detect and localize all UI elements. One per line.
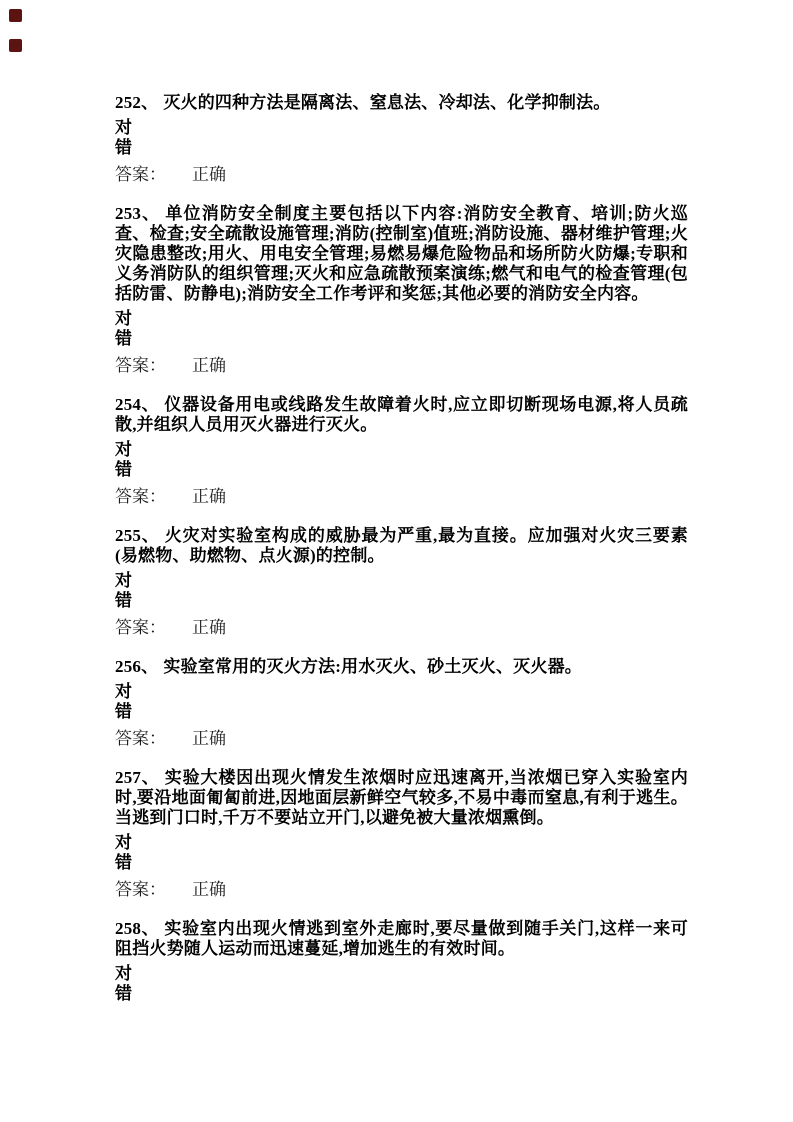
answer-line: 答案：正确 [115, 356, 688, 376]
answer-label: 答案： [115, 165, 166, 184]
quiz-page: 252、灭火的四种方法是隔离法、窒息法、冷却法、化学抑制法。 对 错 答案：正确… [0, 0, 793, 1122]
question-body: 火灾对实验室构成的威胁最为严重,最为直接。应加强对火灾三要素(易燃物、助燃物、点… [115, 526, 688, 565]
question-block: 252、灭火的四种方法是隔离法、窒息法、冷却法、化学抑制法。 对 错 答案：正确 [115, 93, 688, 185]
question-text: 254、仪器设备用电或线路发生故障着火时,应立即切断现场电源,将人员疏散,并组织… [115, 395, 688, 435]
question-text: 252、灭火的四种方法是隔离法、窒息法、冷却法、化学抑制法。 [115, 93, 688, 113]
question-number: 255、 [115, 526, 160, 545]
answer-label: 答案： [115, 618, 166, 637]
question-number: 257、 [115, 768, 160, 787]
answer-label: 答案： [115, 880, 166, 899]
answer-value: 正确 [192, 487, 226, 506]
question-block: 256、实验室常用的灭火方法:用水灭火、砂土灭火、灭火器。 对 错 答案：正确 [115, 657, 688, 749]
answer-label: 答案： [115, 356, 166, 375]
question-number: 254、 [115, 395, 159, 414]
option-true[interactable]: 对 [115, 440, 132, 460]
answer-line: 答案：正确 [115, 729, 688, 749]
red-square-icon [9, 9, 22, 22]
page-markers [9, 9, 22, 69]
answer-value: 正确 [192, 618, 226, 637]
answer-line: 答案：正确 [115, 880, 688, 900]
option-true[interactable]: 对 [115, 833, 132, 853]
option-true[interactable]: 对 [115, 964, 132, 984]
answer-value: 正确 [192, 880, 226, 899]
question-block: 258、实验室内出现火情逃到室外走廊时,要尽量做到随手关门,这样一来可阻挡火势随… [115, 919, 688, 1004]
question-number: 256、 [115, 657, 158, 676]
question-text: 257、实验大楼因出现火情发生浓烟时应迅速离开,当浓烟已穿入实验室内时,要沿地面… [115, 768, 688, 828]
option-false[interactable]: 错 [115, 984, 132, 1004]
option-false[interactable]: 错 [115, 853, 132, 873]
question-block: 254、仪器设备用电或线路发生故障着火时,应立即切断现场电源,将人员疏散,并组织… [115, 395, 688, 507]
answer-label: 答案： [115, 487, 166, 506]
question-text: 256、实验室常用的灭火方法:用水灭火、砂土灭火、灭火器。 [115, 657, 688, 677]
answer-value: 正确 [192, 356, 226, 375]
question-body: 单位消防安全制度主要包括以下内容:消防安全教育、培训;防火巡查、检查;安全疏散设… [115, 204, 688, 303]
answer-value: 正确 [192, 165, 226, 184]
question-body: 仪器设备用电或线路发生故障着火时,应立即切断现场电源,将人员疏散,并组织人员用灭… [115, 395, 688, 434]
option-true[interactable]: 对 [115, 309, 132, 329]
question-number: 253、 [115, 204, 160, 223]
answer-value: 正确 [192, 729, 226, 748]
red-square-icon [9, 39, 22, 52]
answer-line: 答案：正确 [115, 487, 688, 507]
answer-label: 答案： [115, 729, 166, 748]
question-list: 252、灭火的四种方法是隔离法、窒息法、冷却法、化学抑制法。 对 错 答案：正确… [115, 93, 688, 1004]
question-body: 实验室常用的灭火方法:用水灭火、砂土灭火、灭火器。 [163, 657, 582, 676]
option-false[interactable]: 错 [115, 460, 132, 480]
question-text: 258、实验室内出现火情逃到室外走廊时,要尽量做到随手关门,这样一来可阻挡火势随… [115, 919, 688, 959]
option-false[interactable]: 错 [115, 138, 132, 158]
question-block: 253、单位消防安全制度主要包括以下内容:消防安全教育、培训;防火巡查、检查;安… [115, 204, 688, 376]
question-number: 252、 [115, 93, 158, 112]
option-true[interactable]: 对 [115, 118, 132, 138]
question-block: 255、火灾对实验室构成的威胁最为严重,最为直接。应加强对火灾三要素(易燃物、助… [115, 526, 688, 638]
option-true[interactable]: 对 [115, 571, 132, 591]
option-false[interactable]: 错 [115, 329, 132, 349]
answer-line: 答案：正确 [115, 165, 688, 185]
question-body: 实验室内出现火情逃到室外走廊时,要尽量做到随手关门,这样一来可阻挡火势随人运动而… [115, 919, 688, 958]
question-text: 255、火灾对实验室构成的威胁最为严重,最为直接。应加强对火灾三要素(易燃物、助… [115, 526, 688, 566]
question-text: 253、单位消防安全制度主要包括以下内容:消防安全教育、培训;防火巡查、检查;安… [115, 204, 688, 304]
option-false[interactable]: 错 [115, 591, 132, 611]
question-body: 灭火的四种方法是隔离法、窒息法、冷却法、化学抑制法。 [163, 93, 610, 112]
answer-line: 答案：正确 [115, 618, 688, 638]
question-number: 258、 [115, 919, 159, 938]
option-true[interactable]: 对 [115, 682, 132, 702]
question-block: 257、实验大楼因出现火情发生浓烟时应迅速离开,当浓烟已穿入实验室内时,要沿地面… [115, 768, 688, 900]
question-body: 实验大楼因出现火情发生浓烟时应迅速离开,当浓烟已穿入实验室内时,要沿地面匍匐前进… [115, 768, 688, 827]
option-false[interactable]: 错 [115, 702, 132, 722]
